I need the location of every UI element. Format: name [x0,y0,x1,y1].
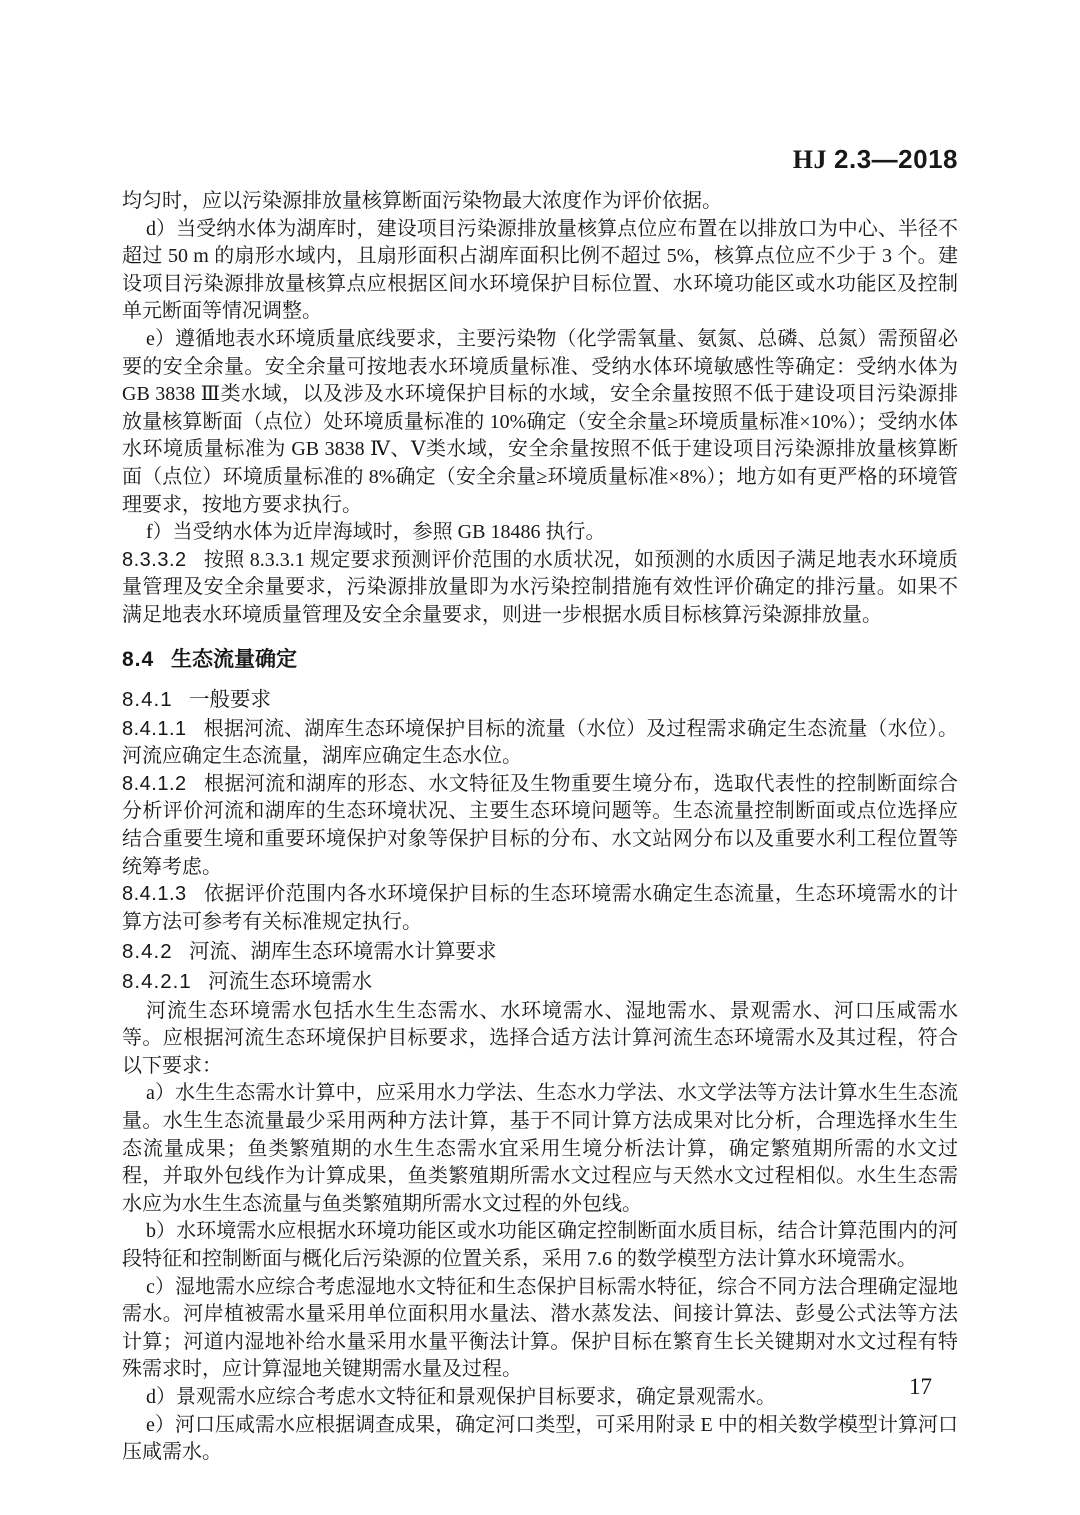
clause-8-4-1-1: 8.4.1.1根据河流、湖库生态环境保护目标的流量（水位）及过程需求确定生态流量… [122,716,958,771]
list-item-a: a）水生生态需水计算中，应采用水力学法、生态水力学法、水文学法等方法计算水生生态… [122,1080,958,1218]
heading-number: 8.4 [122,648,154,671]
document-body: 均匀时，应以污染源排放量核算断面污染物最大浓度作为评价依据。 d）当受纳水体为湖… [122,188,958,1467]
clause-number: 8.3.3.2 [122,549,187,571]
page-number: 17 [122,1374,932,1400]
list-item-c: c）湿地需水应综合考虑湿地水文特征和生态保护目标需水特征，综合不同方法合理确定湿… [122,1274,958,1384]
running-header: HJ2.3—2018 [122,144,958,175]
clause-number: 8.4.1.1 [122,718,187,740]
subsection-heading-8-4-2: 8.4.2河流、湖库生态环境需水计算要求 [122,938,958,966]
clause-8-4-1-2: 8.4.1.2根据河流和湖库的形态、水文特征及生物重要生境分布，选取代表性的控制… [122,771,958,881]
list-item-e: e）遵循地表水环境质量底线要求，主要污染物（化学需氧量、氨氮、总磷、总氮）需预留… [122,326,958,519]
clause-text: 根据河流和湖库的形态、水文特征及生物重要生境分布，选取代表性的控制断面综合分析评… [122,773,958,878]
clause-text: 依据评价范围内各水环境保护目标的生态环境需水确定生态流量，生态环境需水的计算方法… [122,883,958,933]
clause-text: 根据河流、湖库生态环境保护目标的流量（水位）及过程需求确定生态流量（水位）。河流… [122,718,958,768]
clause-text: 按照 8.3.3.1 规定要求预测评价范围的水质状况，如预测的水质因子满足地表水… [122,549,958,626]
intro-paragraph: 河流生态环境需水包括水生生态需水、水环境需水、湿地需水、景观需水、河口压咸需水等… [122,998,958,1081]
subsection-heading-8-4-2-1: 8.4.2.1河流生态环境需水 [122,968,958,996]
standard-code-number: 2.3—2018 [834,144,958,174]
heading-number: 8.4.2 [122,940,173,963]
clause-8-4-1-3: 8.4.1.3依据评价范围内各水环境保护目标的生态环境需水确定生态流量，生态环境… [122,881,958,936]
list-item-f: f）当受纳水体为近岸海域时，参照 GB 18486 执行。 [122,519,958,547]
document-page: HJ2.3—2018 均匀时，应以污染源排放量核算断面污染物最大浓度作为评价依据… [0,0,1080,1515]
heading-number: 8.4.2.1 [122,970,192,993]
clause-number: 8.4.1.2 [122,773,187,795]
section-heading-8-4: 8.4生态流量确定 [122,646,958,674]
list-item-e2: e）河口压咸需水应根据调查成果，确定河口类型，可采用附录 E 中的相关数学模型计… [122,1412,958,1467]
heading-title: 河流生态环境需水 [208,970,372,993]
heading-title: 生态流量确定 [171,648,297,671]
list-item-d: d）当受纳水体为湖库时，建设项目污染源排放量核算点位应布置在以排放口为中心、半径… [122,216,958,326]
heading-number: 8.4.1 [122,688,173,711]
continuation-paragraph: 均匀时，应以污染源排放量核算断面污染物最大浓度作为评价依据。 [122,188,958,216]
standard-code-prefix: HJ [793,145,827,174]
clause-number: 8.4.1.3 [122,883,187,905]
list-item-b: b）水环境需水应根据水环境功能区或水功能区确定控制断面水质目标，结合计算范围内的… [122,1218,958,1273]
heading-title: 河流、湖库生态环境需水计算要求 [189,940,497,963]
clause-8-3-3-2: 8.3.3.2按照 8.3.3.1 规定要求预测评价范围的水质状况，如预测的水质… [122,547,958,630]
subsection-heading-8-4-1: 8.4.1一般要求 [122,686,958,714]
heading-title: 一般要求 [189,688,271,711]
